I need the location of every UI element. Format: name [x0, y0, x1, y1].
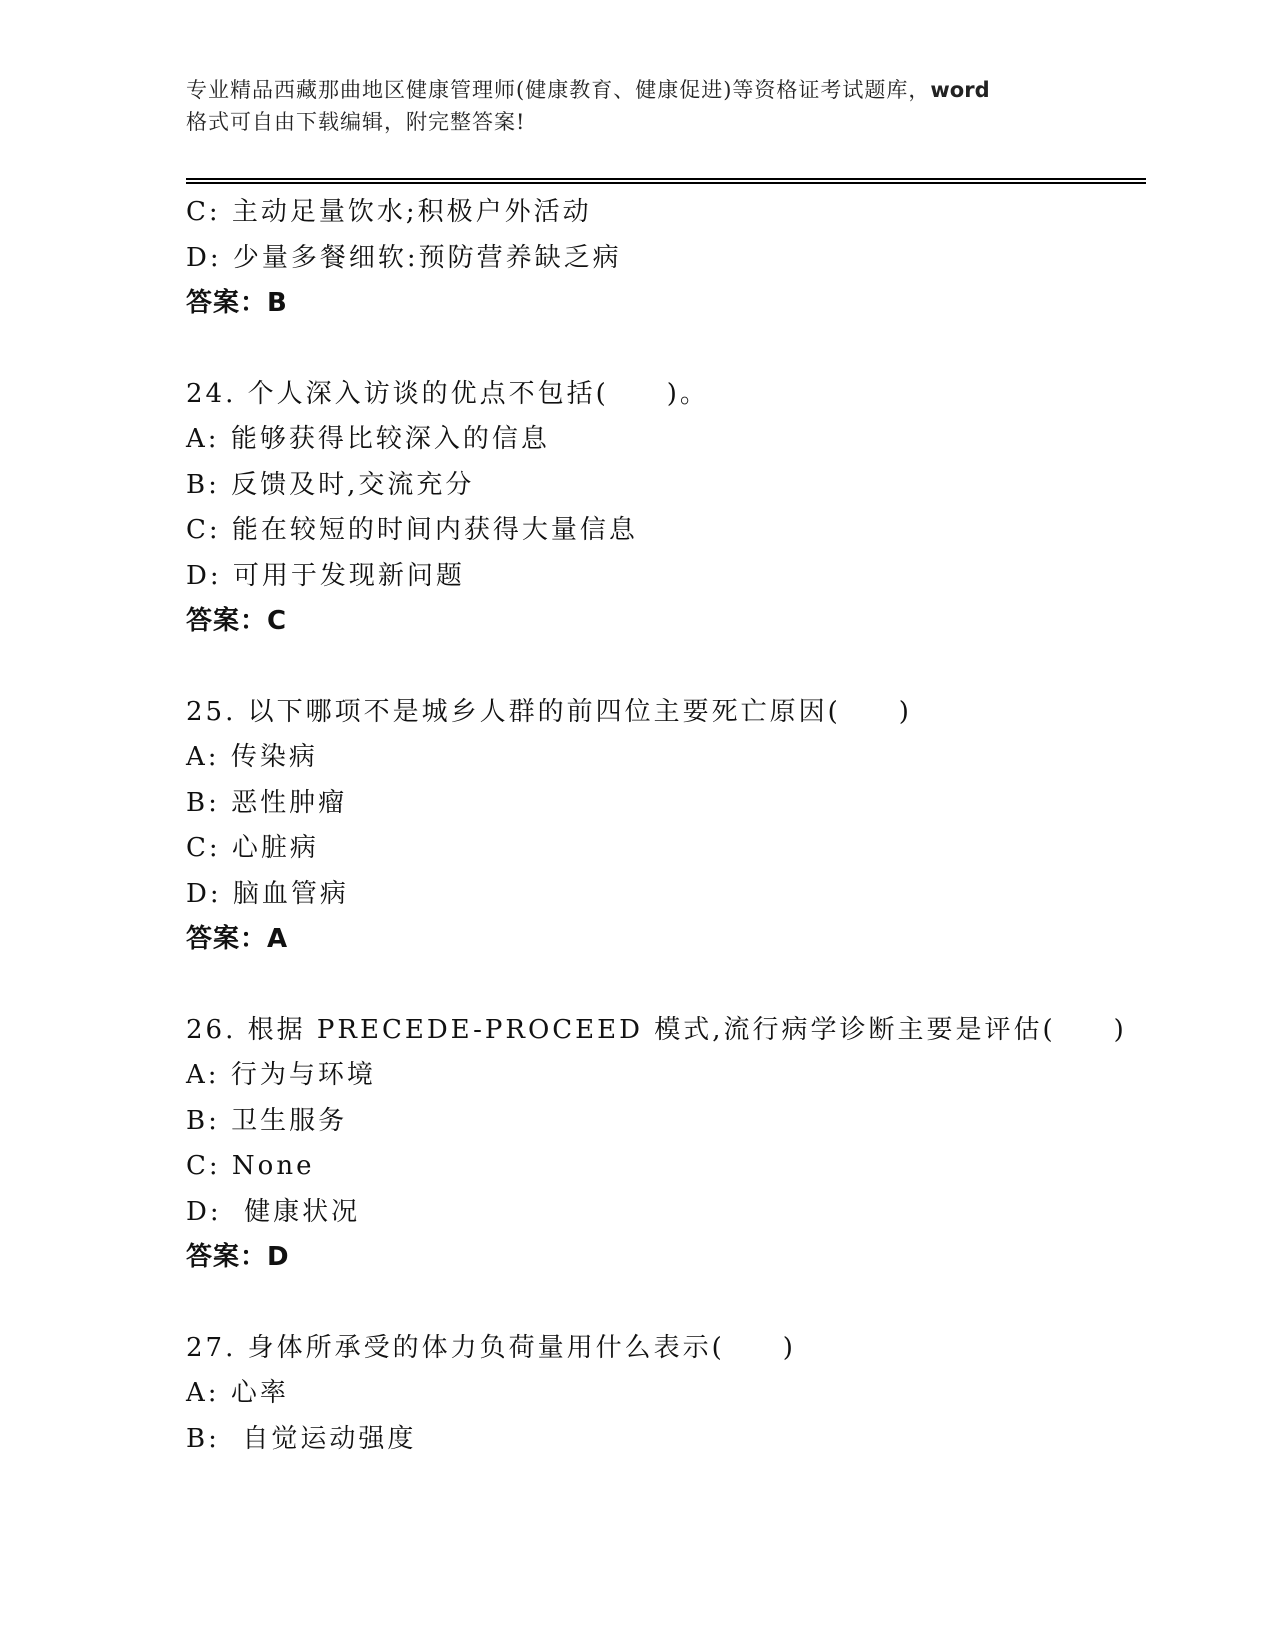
question-list: C: 主动足量饮水;积极户外活动 D: 少量多餐细软:预防营养缺乏病 答案：B … — [186, 190, 1146, 1462]
option-text: 可用于发现新问题 — [233, 561, 465, 591]
answer-line: 答案：D — [186, 1235, 1146, 1281]
answer-line: 答案：B — [186, 281, 1146, 327]
spacer — [186, 1281, 1146, 1326]
question-number: 27. — [186, 1333, 236, 1363]
option-b: B: 卫生服务 — [186, 1099, 1146, 1145]
option-text: 恶性肿瘤 — [231, 788, 347, 818]
header-double-rule — [186, 178, 1146, 185]
option-label: A: — [186, 742, 220, 772]
option-c: C: 心脏病 — [186, 826, 1146, 872]
option-a: A: 传染病 — [186, 735, 1146, 781]
option-text: 能够获得比较深入的信息 — [231, 424, 550, 454]
option-a: A: 心率 — [186, 1371, 1146, 1417]
question-24: 24. 个人深入访谈的优点不包括( )。 A: 能够获得比较深入的信息 B: 反… — [186, 372, 1146, 645]
question-26: 26. 根据 PRECEDE-PROCEED 模式,流行病学诊断主要是评估( )… — [186, 1008, 1146, 1281]
header-title-text: 专业精品西藏那曲地区健康管理师(健康教育、健康促进)等资格证考试题库， — [186, 78, 930, 102]
option-label: C: — [186, 515, 221, 545]
question-number: 24. — [186, 379, 236, 409]
question-fragment: C: 主动足量饮水;积极户外活动 D: 少量多餐细软:预防营养缺乏病 答案：B — [186, 190, 1146, 327]
question-stem: 25. 以下哪项不是城乡人群的前四位主要死亡原因( ) — [186, 690, 1146, 736]
header-line-1: 专业精品西藏那曲地区健康管理师(健康教育、健康促进)等资格证考试题库，word — [186, 74, 1106, 106]
option-label: A: — [186, 1378, 220, 1408]
option-label: A: — [186, 424, 220, 454]
question-stem: 26. 根据 PRECEDE-PROCEED 模式,流行病学诊断主要是评估( ) — [186, 1008, 1146, 1054]
option-d: D: 健康状况 — [186, 1190, 1146, 1236]
option-text: 心脏病 — [232, 833, 319, 863]
header-line-2: 格式可自由下载编辑，附完整答案! — [186, 106, 1106, 138]
option-label: A: — [186, 1060, 220, 1090]
option-text: 传染病 — [231, 742, 318, 772]
option-label: D: — [186, 879, 222, 909]
option-a: A: 能够获得比较深入的信息 — [186, 417, 1146, 463]
answer-line: 答案：A — [186, 917, 1146, 963]
question-text: 以下哪项不是城乡人群的前四位主要死亡原因( ) — [248, 697, 912, 727]
question-27: 27. 身体所承受的体力负荷量用什么表示( ) A: 心率 B: 自觉运动强度 — [186, 1326, 1146, 1463]
option-text: 主动足量饮水;积极户外活动 — [232, 197, 592, 227]
spacer — [186, 963, 1146, 1008]
option-label: B: — [186, 788, 220, 818]
question-number: 26. — [186, 1015, 236, 1045]
option-text: 卫生服务 — [231, 1106, 347, 1136]
question-stem: 24. 个人深入访谈的优点不包括( )。 — [186, 372, 1146, 418]
option-text: 行为与环境 — [231, 1060, 376, 1090]
option-a: A: 行为与环境 — [186, 1053, 1146, 1099]
question-stem: 27. 身体所承受的体力负荷量用什么表示( ) — [186, 1326, 1146, 1372]
option-label: D: — [186, 561, 222, 591]
option-text: 自觉运动强度 — [231, 1424, 416, 1454]
header-word-text: word — [930, 78, 989, 102]
rule-line-top — [186, 178, 1146, 180]
option-label: B: — [186, 1106, 220, 1136]
option-b: B: 反馈及时,交流充分 — [186, 463, 1146, 509]
option-label: C: — [186, 833, 221, 863]
option-text: 脑血管病 — [233, 879, 349, 909]
option-b: B: 恶性肿瘤 — [186, 781, 1146, 827]
option-label: D: — [186, 1197, 222, 1227]
option-b: B: 自觉运动强度 — [186, 1417, 1146, 1463]
option-text: None — [232, 1151, 315, 1181]
option-text: 少量多餐细软:预防营养缺乏病 — [233, 243, 622, 273]
option-text: 健康状况 — [233, 1197, 360, 1227]
answer-line: 答案：C — [186, 599, 1146, 645]
question-number: 25. — [186, 697, 236, 727]
question-text: 根据 PRECEDE-PROCEED 模式,流行病学诊断主要是评估( ) — [248, 1015, 1127, 1045]
document-header: 专业精品西藏那曲地区健康管理师(健康教育、健康促进)等资格证考试题库，word … — [186, 74, 1106, 138]
question-text: 个人深入访谈的优点不包括( )。 — [248, 379, 709, 409]
question-25: 25. 以下哪项不是城乡人群的前四位主要死亡原因( ) A: 传染病 B: 恶性… — [186, 690, 1146, 963]
question-text: 身体所承受的体力负荷量用什么表示( ) — [248, 1333, 796, 1363]
option-text: 心率 — [231, 1378, 289, 1408]
spacer — [186, 327, 1146, 372]
option-c: C: 能在较短的时间内获得大量信息 — [186, 508, 1146, 554]
option-c: C: None — [186, 1144, 1146, 1190]
option-label: C: — [186, 197, 221, 227]
option-text: 能在较短的时间内获得大量信息 — [232, 515, 638, 545]
option-d: D: 少量多餐细软:预防营养缺乏病 — [186, 236, 1146, 282]
option-label: B: — [186, 470, 220, 500]
spacer — [186, 645, 1146, 690]
rule-line-bottom — [186, 182, 1146, 184]
option-label: C: — [186, 1151, 221, 1181]
option-d: D: 脑血管病 — [186, 872, 1146, 918]
option-label: B: — [186, 1424, 220, 1454]
option-c: C: 主动足量饮水;积极户外活动 — [186, 190, 1146, 236]
option-label: D: — [186, 243, 222, 273]
option-text: 反馈及时,交流充分 — [231, 470, 474, 500]
option-d: D: 可用于发现新问题 — [186, 554, 1146, 600]
